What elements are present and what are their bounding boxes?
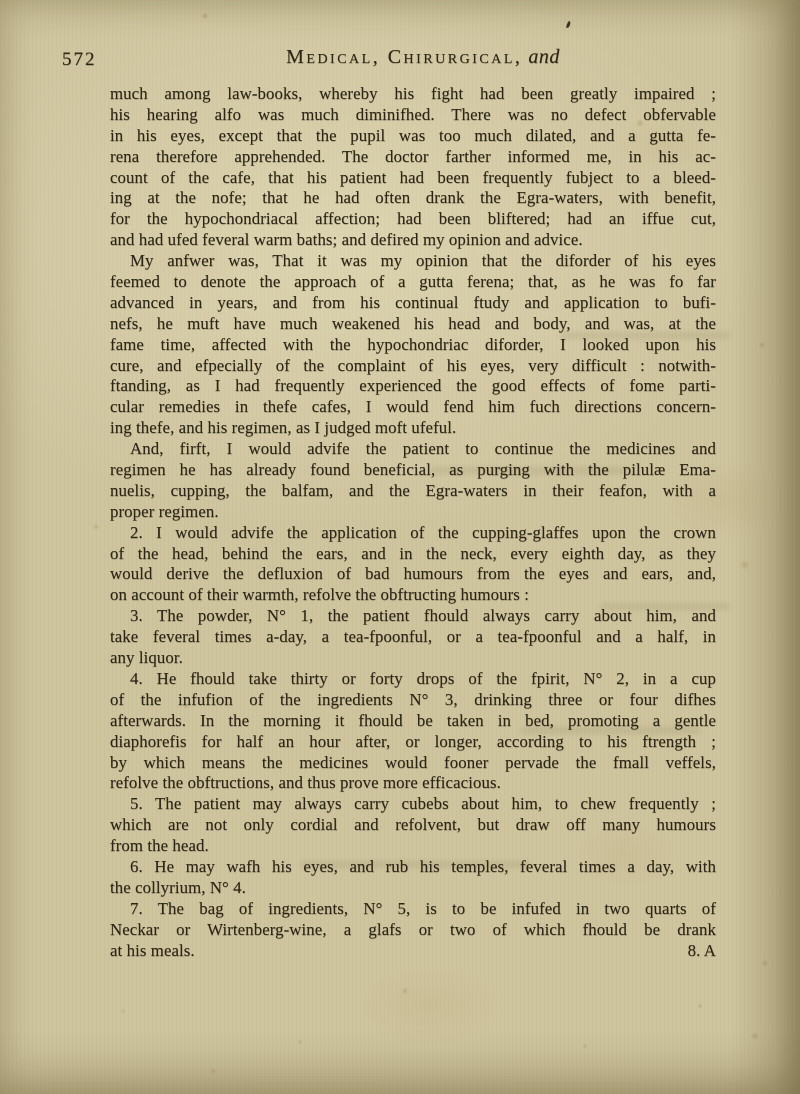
text-line: cure, and efpecially of the complaint of… bbox=[110, 356, 716, 377]
text-line: count of the cafe, that his patient had … bbox=[110, 168, 716, 189]
text-line: by which means the medicines would foone… bbox=[110, 753, 716, 774]
text-line: cular remedies in thefe cafes, I would f… bbox=[110, 397, 716, 418]
text-line: nuelis, cupping, the balfam, and the Egr… bbox=[110, 481, 716, 502]
text-line: ftanding, as I had frequently experience… bbox=[110, 376, 716, 397]
text-line: fame time, affected with the hypochondri… bbox=[110, 335, 716, 356]
text-line: 7. The bag of ingredients, N° 5, is to b… bbox=[110, 899, 716, 920]
text-line: 5. The patient may always carry cubebs a… bbox=[110, 794, 716, 815]
running-head-and: and bbox=[528, 46, 560, 68]
text-line: in his eyes, except that the pupil was t… bbox=[110, 126, 716, 147]
text-line: Neckar or Wirtenberg-wine, a glafs or tw… bbox=[110, 920, 716, 941]
text-line: would derive the defluxion of bad humour… bbox=[110, 564, 716, 585]
text-line: of the head, behind the ears, and in the… bbox=[110, 544, 716, 565]
text-line: 2. I would advife the application of the… bbox=[110, 523, 716, 544]
running-head-title: Medical, Chirurgical, bbox=[286, 46, 522, 68]
text-line: My anfwer was, That it was my opinion th… bbox=[110, 251, 716, 272]
text-line: refolve the obftructions, and thus prove… bbox=[110, 773, 716, 794]
text-line: 4. He fhould take thirty or forty drops … bbox=[110, 669, 716, 690]
text-line: nefs, he muft have much weakened his hea… bbox=[110, 314, 716, 335]
text-line: 3. The powder, N° 1, the patient fhould … bbox=[110, 606, 716, 627]
text-line: the collyrium, N° 4. bbox=[110, 878, 716, 899]
text-line: afterwards. In the morning it fhould be … bbox=[110, 711, 716, 732]
text-line: diaphorefis for half an hour after, or l… bbox=[110, 732, 716, 753]
text-line: for the hypochondriacal affection; had b… bbox=[110, 209, 716, 230]
text-line: any liquor. bbox=[110, 648, 716, 669]
text-line: much among law-books, whereby his fight … bbox=[110, 84, 716, 105]
text-line: regimen he has already found beneficial,… bbox=[110, 460, 716, 481]
ink-speck-mark bbox=[566, 21, 571, 29]
text-line: take feveral times a-day, a tea-fpoonful… bbox=[110, 627, 716, 648]
catchword: 8. A bbox=[688, 941, 716, 962]
text-line-fragment: at his meals. bbox=[110, 941, 195, 962]
text-line: 6. He may wafh his eyes, and rub his tem… bbox=[110, 857, 716, 878]
text-line: advanced in years, and from his continua… bbox=[110, 293, 716, 314]
text-line: ing at the nofe; that he had often drank… bbox=[110, 188, 716, 209]
text-line: feemed to denote the approach of a gutta… bbox=[110, 272, 716, 293]
text-line: from the head. bbox=[110, 836, 716, 857]
scanned-book-page: 572 Medical, Chirurgical,and much among … bbox=[0, 0, 800, 1094]
text-line: And, firft, I would advife the patient t… bbox=[110, 439, 716, 460]
running-head: Medical, Chirurgical,and bbox=[120, 46, 726, 69]
text-line: ing thefe, and his regimen, as I judged … bbox=[110, 418, 716, 439]
text-line: his hearing alfo was much diminifhed. Th… bbox=[110, 105, 716, 126]
text-line: rena therefore apprehended. The doctor f… bbox=[110, 147, 716, 168]
page-number: 572 bbox=[62, 49, 97, 71]
page-body-text: much among law-books, whereby his fight … bbox=[110, 84, 716, 961]
text-line: which are not only cordial and refolvent… bbox=[110, 815, 716, 836]
text-line: on account of their warmth, refolve the … bbox=[110, 585, 716, 606]
text-line: of the infufion of the ingredients N° 3,… bbox=[110, 690, 716, 711]
text-line: proper regimen. bbox=[110, 502, 716, 523]
text-line: at his meals.8. A bbox=[110, 941, 716, 962]
text-line: and had ufed feveral warm baths; and def… bbox=[110, 230, 716, 251]
